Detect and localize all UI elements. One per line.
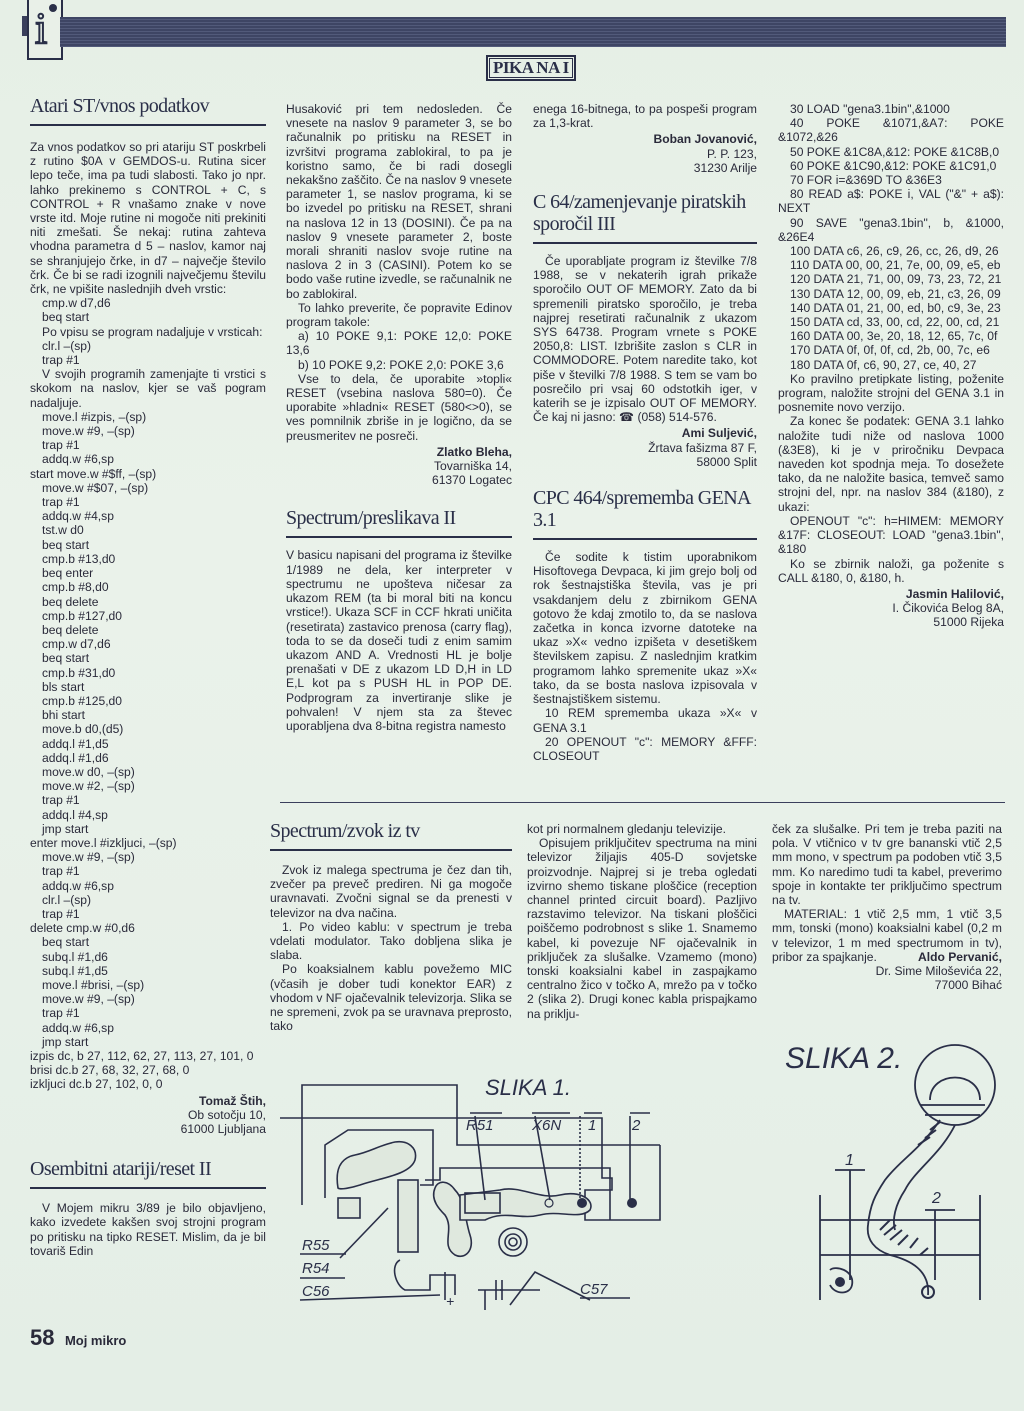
code-line: 140 DATA 01, 21, 00, ed, b0, c9, 3e, 23: [778, 301, 1004, 315]
column-2: Husaković pri tem nedosleden. Če vnesete…: [286, 102, 512, 733]
code-line: addq.w #4,sp: [30, 509, 266, 523]
code-line: cmp.b #13,d0: [30, 552, 266, 566]
data-line: izpis dc, b 27, 112, 62, 27, 113, 27, 10…: [30, 1049, 266, 1063]
code-block-a: cmp.w d7,d6beq start: [30, 296, 266, 324]
author-signature: Jasmin Halilović, I. Čikovića Belog 8A, …: [778, 587, 1004, 630]
code-line: 80 READ a$: POKE i, VAL ("&" + a$): NEXT: [778, 187, 1004, 215]
code-line: addq.l #1,d5: [30, 737, 266, 751]
page-number: 58: [30, 1325, 54, 1350]
article-text: Če sodite k tistim uporabnikom Hisoftove…: [533, 550, 757, 706]
code-line: OPENOUT "c": h=HIMEM: MEMORY &17F: CLOSE…: [778, 514, 1004, 557]
data-line: brisi dc.b 27, 68, 32, 27, 68, 0: [30, 1063, 266, 1077]
article-text: V basicu napisani del programa iz števil…: [286, 548, 512, 733]
code-block-b: clr.l –(sp)trap #1: [30, 339, 266, 367]
code-line: enter move.l #izkljuci, –(sp): [30, 836, 266, 850]
code-line: addq.w #6,sp: [30, 452, 266, 466]
code-line: move.w #9, –(sp): [30, 850, 266, 864]
svg-text:2: 2: [631, 1117, 641, 1134]
code-line: cmp.b #31,d0: [30, 666, 266, 680]
article-text: Ko pravilno pretipkate listing, poženite…: [778, 372, 1004, 415]
page-footer: 58 Moj mikro: [30, 1325, 126, 1351]
svg-text:C56: C56: [302, 1283, 330, 1300]
code-line: beq start: [30, 651, 266, 665]
code-line: bhi start: [30, 708, 266, 722]
data-lines: izpis dc, b 27, 112, 62, 27, 113, 27, 10…: [30, 1049, 266, 1092]
code-line: 70 FOR i=&369D TO &36E3: [778, 173, 1004, 187]
article-text: V svojih programih zamenjajte ti vrstici…: [30, 367, 266, 410]
article-title-spectrum-preslikava: Spectrum/preslikava II: [286, 507, 512, 538]
code-line: start move.w #$ff, –(sp): [30, 467, 266, 481]
column-3: enega 16-bitnega, to pa pospeši program …: [533, 102, 757, 763]
code-line: move.b d0,(d5): [30, 722, 266, 736]
code-line: addq.w #6,sp: [30, 1021, 266, 1035]
code-line: move.w #9, –(sp): [30, 424, 266, 438]
code-line: 150 DATA cd, 33, 00, cd, 22, 00, cd, 21: [778, 315, 1004, 329]
code-line: 10 REM sprememba ukaza »X« v GENA 3.1: [533, 706, 757, 734]
article-text: V Mojem mikru 3/89 je bilo objavljeno, k…: [30, 1201, 266, 1258]
code-line: addq.l #1,d6: [30, 751, 266, 765]
code-line: bls start: [30, 680, 266, 694]
column-4: 30 LOAD "gena3.1bin",&100040 POKE &1071,…: [778, 102, 1004, 630]
code-line: clr.l –(sp): [30, 893, 266, 907]
code-line: 90 SAVE "gena3.1bin", b, &1000, &26E4: [778, 216, 1004, 244]
article-text: To lahko preverite, če popravite Edinov …: [286, 301, 512, 329]
code-line: beq delete: [30, 623, 266, 637]
article-text: 1. Po video kablu: v spectrum je treba v…: [270, 920, 512, 963]
article-title-c64: C 64/zamenjevanje piratskih sporočil III: [533, 191, 757, 244]
code-line: beq start: [30, 538, 266, 552]
code-line: jmp start: [30, 822, 266, 836]
code-line: move.w #2, –(sp): [30, 779, 266, 793]
code-line: 120 DATA 21, 71, 00, 09, 73, 23, 72, 21: [778, 272, 1004, 286]
article-text: kot pri normalnem gledanju televizije.: [527, 822, 757, 836]
figure-1-circuit-diagram: SLIKA 1. R51 X6N 1 2 R55 R54 C56 C57 +: [280, 1060, 680, 1310]
column-1: Atari ST/vnos podatkov Za vnos podatkov …: [30, 95, 266, 1258]
author-signature: Tomaž Štih, Ob sotočju 10, 61000 Ljublja…: [30, 1094, 266, 1137]
code-line: 170 DATA 0f, 0f, 0f, cd, 2b, 00, 7c, e6: [778, 343, 1004, 357]
bottom-column-3: ček za slušalke. Pri tem je treba paziti…: [772, 822, 1002, 993]
article-title-osembitni: Osembitni atariji/reset II: [30, 1158, 266, 1189]
code-line: move.w d0, –(sp): [30, 765, 266, 779]
section-label: PIKA NA I: [486, 55, 576, 81]
article-text: enega 16-bitnega, to pa pospeši program …: [533, 102, 757, 130]
code-line: beq enter: [30, 566, 266, 580]
basic-listing: 30 LOAD "gena3.1bin",&100040 POKE &1071,…: [778, 102, 1004, 372]
code-line: 100 DATA c6, 26, c9, 26, cc, 26, d9, 26: [778, 244, 1004, 258]
logo-i-icon: i: [35, 4, 47, 54]
article-text: Zvok iz malega spectruma je čez dan tih,…: [270, 863, 512, 920]
code-line: 50 POKE &1C8A,&12: POKE &1C8B,0: [778, 145, 1004, 159]
section-divider: [280, 802, 1005, 803]
code-line: 130 DATA 12, 00, 09, eb, 21, c3, 26, 09: [778, 287, 1004, 301]
code-line: delete cmp.w #0,d6: [30, 921, 266, 935]
article-text: ček za slušalke. Pri tem je treba paziti…: [772, 822, 1002, 907]
article-title-cpc464: CPC 464/sprememba GENA 3.1: [533, 487, 757, 540]
bottom-column-2: kot pri normalnem gledanju televizije. O…: [527, 822, 757, 1021]
svg-text:SLIKA 1.: SLIKA 1.: [485, 1075, 571, 1100]
svg-text:1: 1: [845, 1152, 854, 1169]
code-line: beq delete: [30, 595, 266, 609]
svg-text:C57: C57: [580, 1281, 608, 1298]
magazine-page: i PIKA NA I Atari ST/vnos podatkov Za vn…: [0, 0, 1024, 1411]
svg-text:1: 1: [588, 1117, 596, 1134]
code-line: addq.w #6,sp: [30, 879, 266, 893]
code-line: b) 10 POKE 9,2: POKE 2,0: POKE 3,6: [286, 358, 512, 372]
article-text: Če uporabljate program iz številke 7/8 1…: [533, 254, 757, 424]
article-text: Vse to dela, če uporabite »topli« RESET …: [286, 372, 512, 443]
code-line: move.w #$07, –(sp): [30, 481, 266, 495]
article-text: Husaković pri tem nedosleden. Če vnesete…: [286, 102, 512, 301]
figure-2-plug-diagram: SLIKA 2. 1 2: [780, 1030, 1010, 1300]
code-line: tst.w d0: [30, 523, 266, 537]
code-line: move.l #izpis, –(sp): [30, 410, 266, 424]
article-title-atari-st: Atari ST/vnos podatkov: [30, 95, 266, 126]
svg-text:SLIKA 2.: SLIKA 2.: [785, 1042, 902, 1075]
code-line: a) 10 POKE 9,1: POKE 12,0: POKE 13,6: [286, 329, 512, 357]
code-line: cmp.b #127,d0: [30, 609, 266, 623]
section-logo: i: [27, 0, 63, 60]
code-line: trap #1: [30, 438, 266, 452]
code-line: trap #1: [30, 907, 266, 921]
code-line: jmp start: [30, 1035, 266, 1049]
code-line: 30 LOAD "gena3.1bin",&1000: [778, 102, 1004, 116]
code-line: trap #1: [30, 1006, 266, 1020]
code-line: trap #1: [30, 793, 266, 807]
code-line: 20 OPENOUT "c": MEMORY &FFF: CLOSEOUT: [533, 735, 757, 763]
code-line: 40 POKE &1071,&A7: POKE &1072,&26: [778, 116, 1004, 144]
svg-text:R55: R55: [302, 1237, 330, 1254]
code-line: trap #1: [30, 864, 266, 878]
data-line: izkljuci dc.b 27, 102, 0, 0: [30, 1077, 266, 1091]
author-signature: Boban Jovanović, P. P. 123, 31230 Arilje: [533, 132, 757, 175]
author-signature: Ami Suljević, Žrtava fašizma 87 F, 58000…: [533, 426, 757, 469]
code-line: subq.l #1,d5: [30, 964, 266, 978]
article-text: Opisujem priključitev spectruma na mini …: [527, 836, 757, 1021]
author-signature: Zlatko Bleha, Tovarniška 14, 61370 Logat…: [286, 445, 512, 488]
article-text: Ko se zbirnik naloži, ga poženite s CALL…: [778, 557, 1004, 585]
bottom-column-1: Spectrum/zvok iz tv Zvok iz malega spect…: [270, 820, 512, 1033]
svg-text:X6N: X6N: [531, 1117, 561, 1134]
code-line: subq.l #1,d6: [30, 950, 266, 964]
code-line: 60 POKE &1C90,&12: POKE &1C91,0: [778, 159, 1004, 173]
code-block-c: move.l #izpis, –(sp)move.w #9, –(sp)trap…: [30, 410, 266, 1049]
svg-text:R51: R51: [466, 1117, 494, 1134]
svg-text:2: 2: [931, 1190, 941, 1207]
code-line: move.w #9, –(sp): [30, 992, 266, 1006]
code-line: 160 DATA 00, 3e, 20, 18, 12, 65, 7c, 0f: [778, 329, 1004, 343]
article-text: Za konec še podatek: GENA 3.1 lahko nalo…: [778, 414, 1004, 513]
code-line: cmp.w d7,d6: [30, 637, 266, 651]
code-line: cmp.b #125,d0: [30, 694, 266, 708]
article-title-spectrum-zvok: Spectrum/zvok iz tv: [270, 820, 512, 851]
code-line: addq.l #4,sp: [30, 808, 266, 822]
svg-text:R54: R54: [302, 1260, 330, 1277]
code-line: cmp.b #8,d0: [30, 580, 266, 594]
code-line: 110 DATA 00, 00, 21, 7e, 00, 09, e5, eb: [778, 258, 1004, 272]
svg-text:+: +: [446, 1293, 454, 1309]
article-text: Po koaksialnem kablu povežemo MIC (včasi…: [270, 962, 512, 1033]
magazine-name: Moj mikro: [65, 1333, 126, 1348]
code-line: beq start: [30, 935, 266, 949]
article-text: Po vpisu se program nadaljuje v vrsticah…: [30, 325, 266, 339]
code-line: 180 DATA 0f, c6, 90, 27, ce, 40, 27: [778, 358, 1004, 372]
header-bar: [60, 17, 1006, 47]
code-line: trap #1: [30, 495, 266, 509]
code-line: move.l #brisi, –(sp): [30, 978, 266, 992]
article-text: Za vnos podatkov so pri atariju ST poskr…: [30, 140, 266, 296]
logo-dot-icon: [49, 4, 57, 12]
